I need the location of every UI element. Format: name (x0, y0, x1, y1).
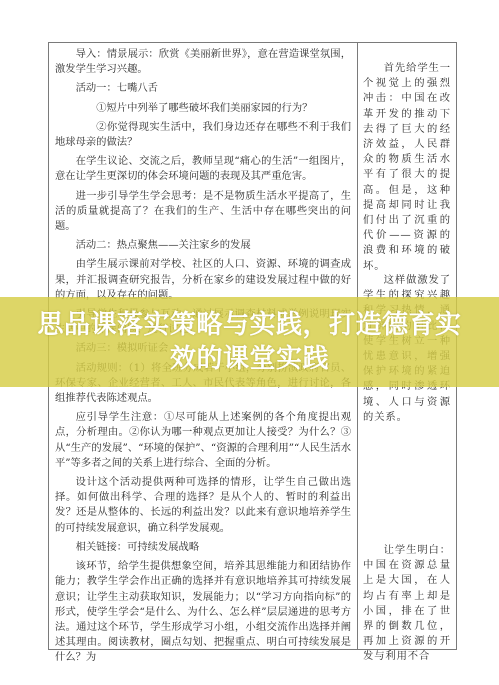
paragraph-guidance: 应引导学生注意：①尽可能从上述案例的各个角度提出观点，分析理由。②你认为哪一种观… (55, 410, 351, 471)
heading-activity-2: 活动二：热点聚焦——关注家乡的发展 (55, 238, 351, 253)
heading-activity-1: 活动一：七嘴八舌 (55, 81, 351, 96)
heading-related-link: 相关链接：可持续发展战略 (55, 540, 351, 555)
question-1: ①短片中列举了哪些破坏我们美丽家园的行为？ (55, 101, 351, 116)
paragraph-design: 设计这个活动提供两种可选择的情形，让学生自己做出选择。如何做出科学、合理的选择？… (55, 475, 351, 536)
note-text-3: 让学生明白：中国在资源总量上是大国，在人均占有率上却是小国，排在了世界的倒数几位… (363, 543, 451, 665)
note-text-1: 首先给学生一个视觉上的强烈冲击：中国在改革开发的推动下去得了巨大的经济效益，人民… (363, 61, 451, 274)
banner-title-line-2: 效的课堂实践 (170, 342, 329, 376)
note-block-1: 首先给学生一个视觉上的强烈冲击：中国在改革开发的推动下去得了巨大的经济效益，人民… (363, 61, 451, 274)
banner-title-line-1: 思品课落实策略与实践，打造德育实 (37, 308, 461, 342)
title-banner: 思品课落实策略与实践，打造德育实 效的课堂实践 (0, 297, 499, 387)
paragraph-intro: 导入：情景展示：欣赏《美丽新世界》，意在营造课堂氛围，激发学生学习兴趣。 (55, 47, 351, 77)
paragraph-thinking: 进一步引导学生学会思考：是不是物质生活水平提高了，生活的质量就提高了？在我们的生… (55, 189, 351, 235)
note-block-3: 让学生明白：中国在资源总量上是大国，在人均占有率上却是小国，排在了世界的倒数几位… (363, 543, 451, 665)
question-2: ②你觉得现实生活中，我们身边还存在哪些不利于我们地球母亲的做法？ (55, 120, 351, 150)
paragraph-pictures: 在学生议论、交流之后，教师呈现“痛心的生活”一组图片，意在让学生更深切的体会环境… (55, 154, 351, 184)
paragraph-segment: 该环节，给学生提供想象空间，培养其思维能力和团结协作能力；教学生学会作出正确的选… (55, 559, 351, 665)
